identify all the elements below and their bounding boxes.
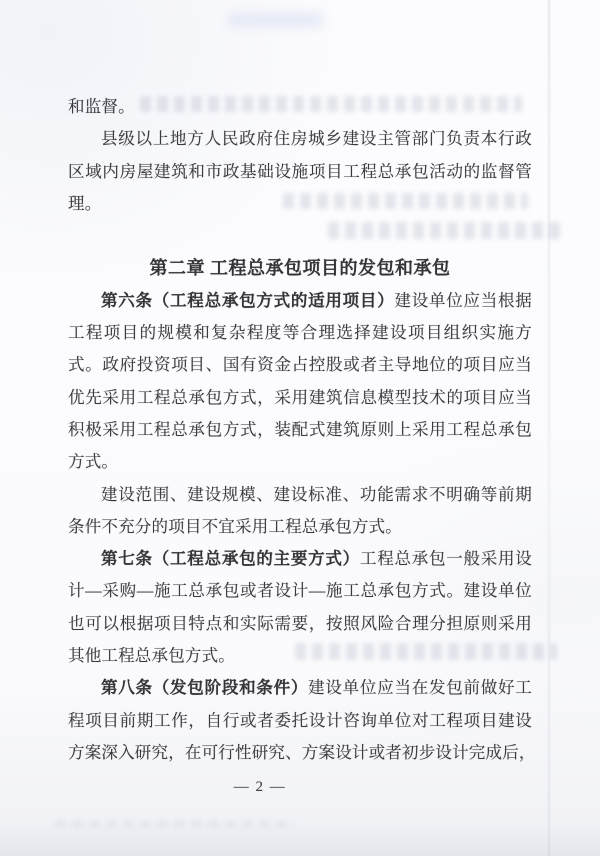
- body-text: 建设单位应当根据: [394, 291, 532, 310]
- body-text: 其他工程总承包方式。: [68, 646, 235, 665]
- text-line: 积极采用工程总承包方式，装配式建筑原则上采用工程总承包: [68, 414, 532, 446]
- body-text: 工程总承包一般采用设: [360, 549, 532, 568]
- text-line: 理。: [68, 188, 532, 220]
- body-text: 优先采用工程总承包方式，采用建筑信息模型技术的项目应当: [68, 388, 532, 407]
- body-text: 积极采用工程总承包方式，装配式建筑原则上采用工程总承包: [68, 420, 532, 439]
- text-line: 方式。: [68, 446, 532, 478]
- text-line: 程项目前期工作，自行或者委托设计咨询单位对工程项目建设: [68, 705, 532, 737]
- text-line: 建设范围、建设规模、建设标准、功能需求不明确等前期: [68, 479, 532, 511]
- body-text: 也可以根据项目特点和实际需要，按照风险合理分担原则采用: [68, 614, 532, 633]
- blank-line: [68, 220, 532, 252]
- text-line: 县级以上地方人民政府住房城乡建设主管部门负责本行政: [68, 123, 532, 155]
- text-line: 也可以根据项目特点和实际需要，按照风险合理分担原则采用: [68, 608, 532, 640]
- text-line: 和监督。: [68, 91, 532, 123]
- body-text: 和监督。: [68, 97, 135, 116]
- text-line: 条件不充分的项目不宜采用工程总承包方式。: [68, 511, 532, 543]
- body-text: 建设范围、建设规模、建设标准、功能需求不明确等前期: [101, 485, 532, 504]
- article-lead-text: 第二章 工程总承包项目的发包和承包: [150, 258, 451, 278]
- body-text: 县级以上地方人民政府住房城乡建设主管部门负责本行政: [101, 129, 532, 148]
- text-line: 第六条（工程总承包方式的适用项目）建设单位应当根据: [68, 285, 532, 317]
- document-body: 和监督。县级以上地方人民政府住房城乡建设主管部门负责本行政区域内房屋建筑和市政基…: [68, 91, 532, 769]
- scan-tint-artifact: [228, 12, 323, 28]
- body-text: 方案深入研究，在可行性研究、方案设计或者初步设计完成后，: [68, 743, 536, 762]
- text-line: 优先采用工程总承包方式，采用建筑信息模型技术的项目应当: [68, 382, 532, 414]
- chapter-heading: 第二章 工程总承包项目的发包和承包: [68, 252, 532, 284]
- body-text: 工程项目的规模和复杂程度等合理选择建设项目组织实施方: [68, 323, 532, 342]
- body-text: 程项目前期工作，自行或者委托设计咨询单位对工程项目建设: [68, 711, 532, 730]
- text-line: 第七条（工程总承包的主要方式）工程总承包一般采用设: [68, 543, 532, 575]
- text-line: 其他工程总承包方式。: [68, 640, 532, 672]
- text-line: 式。政府投资项目、国有资金占控股或者主导地位的项目应当: [68, 349, 532, 381]
- document-page: 和监督。县级以上地方人民政府住房城乡建设主管部门负责本行政区域内房屋建筑和市政基…: [0, 0, 600, 856]
- text-line: 工程项目的规模和复杂程度等合理选择建设项目组织实施方: [68, 317, 532, 349]
- text-line: 计—采购—施工总承包或者设计—施工总承包方式。建设单位: [68, 575, 532, 607]
- body-text: 理。: [68, 194, 101, 213]
- body-text: 建设单位应当在发包前做好工: [308, 678, 532, 697]
- body-text: 式。政府投资项目、国有资金占控股或者主导地位的项目应当: [68, 355, 532, 374]
- text-line: 第八条（发包阶段和条件）建设单位应当在发包前做好工: [68, 672, 532, 704]
- article-lead-text: 第八条（发包阶段和条件）: [101, 678, 308, 697]
- text-line: 方案深入研究，在可行性研究、方案设计或者初步设计完成后，: [68, 737, 532, 769]
- text-line: 区域内房屋建筑和市政基础设施项目工程总承包活动的监督管: [68, 156, 532, 188]
- page-number: — 2 —: [0, 779, 520, 796]
- ink-bleed-artifact: [55, 820, 295, 828]
- article-lead-text: 第七条（工程总承包的主要方式）: [101, 549, 360, 568]
- body-text: 方式。: [68, 452, 118, 471]
- body-text: 条件不充分的项目不宜采用工程总承包方式。: [68, 517, 402, 536]
- scanned-document: { "style": { "paper_color": "#fbfbfd", "…: [0, 0, 600, 856]
- body-text: 区域内房屋建筑和市政基础设施项目工程总承包活动的监督管: [68, 162, 532, 181]
- scan-fold-line: [548, 0, 550, 856]
- article-lead-text: 第六条（工程总承包方式的适用项目）: [101, 291, 394, 310]
- body-text: 计—采购—施工总承包或者设计—施工总承包方式。建设单位: [68, 581, 532, 600]
